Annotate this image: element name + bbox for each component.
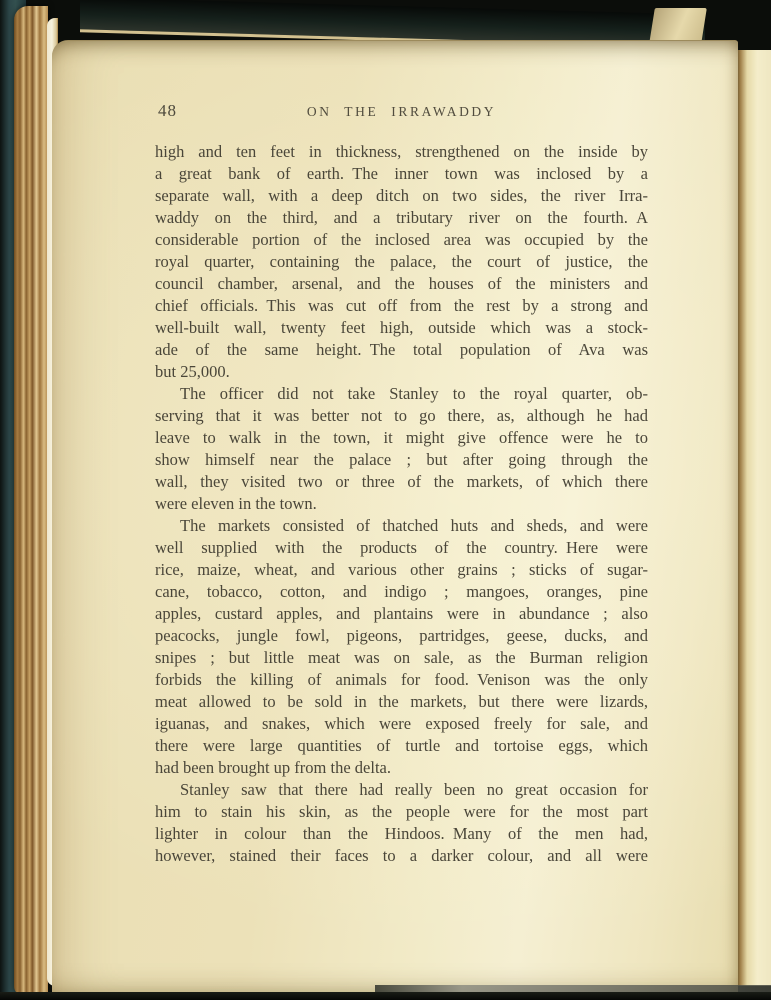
bottom-shadow-band bbox=[0, 992, 771, 1000]
text-line: forbids the killing of animals for food.… bbox=[155, 669, 648, 691]
text-line: show himself near the palace ; but after… bbox=[155, 449, 648, 471]
text-line: separate wall, with a deep ditch on two … bbox=[155, 185, 648, 207]
book-page: 48 ON THE IRRAWADDY high and ten feet in… bbox=[52, 40, 738, 994]
text-line: cane, tobacco, cotton, and indigo ; mang… bbox=[155, 581, 648, 603]
text-line: leave to walk in the town, it might give… bbox=[155, 427, 648, 449]
text-line: iguanas, and snakes, which were exposed … bbox=[155, 713, 648, 735]
text-line: meat allowed to be sold in the markets, … bbox=[155, 691, 648, 713]
text-line: considerable portion of the inclosed are… bbox=[155, 229, 648, 251]
page-edge-stack bbox=[14, 6, 48, 996]
text-line: had been brought up from the delta. bbox=[155, 757, 648, 779]
page-number: 48 bbox=[158, 101, 177, 121]
text-line: well supplied with the products of the c… bbox=[155, 537, 648, 559]
text-line: however, stained their faces to a darker… bbox=[155, 845, 648, 867]
text-line: lighter in colour than the Hindoos. Many… bbox=[155, 823, 648, 845]
text-line: well-built wall, twenty feet high, outsi… bbox=[155, 317, 648, 339]
text-line: a great bank of earth. The inner town wa… bbox=[155, 163, 648, 185]
text-line: peacocks, jungle fowl, pigeons, partridg… bbox=[155, 625, 648, 647]
text-line: but 25,000. bbox=[155, 361, 648, 383]
paragraph: high and ten feet in thickness, strength… bbox=[155, 141, 648, 383]
text-line: rice, maize, wheat, and various other gr… bbox=[155, 559, 648, 581]
text-line: him to stain his skin, as the people wer… bbox=[155, 801, 648, 823]
text-line: waddy on the third, and a tributary rive… bbox=[155, 207, 648, 229]
scanned-book-photo: 48 ON THE IRRAWADDY high and ten feet in… bbox=[0, 0, 771, 1000]
text-line: wall, they visited two or three of the m… bbox=[155, 471, 648, 493]
text-line: royal quarter, containing the palace, th… bbox=[155, 251, 648, 273]
paragraph: Stanley saw that there had really been n… bbox=[155, 779, 648, 867]
text-line: snipes ; but little meat was on sale, as… bbox=[155, 647, 648, 669]
text-line: The markets consisted of thatched huts a… bbox=[155, 515, 648, 537]
paragraph: The officer did not take Stanley to the … bbox=[155, 383, 648, 515]
running-head: 48 ON THE IRRAWADDY bbox=[155, 101, 648, 122]
page-corner-glint bbox=[649, 8, 707, 44]
text-line: there were large quantities of turtle an… bbox=[155, 735, 648, 757]
text-line: apples, custard apples, and plantains we… bbox=[155, 603, 648, 625]
text-line: The officer did not take Stanley to the … bbox=[155, 383, 648, 405]
facing-page-edge bbox=[737, 50, 771, 986]
text-line: serving that it was better not to go the… bbox=[155, 405, 648, 427]
text-line: ade of the same height. The total popula… bbox=[155, 339, 648, 361]
text-line: council chamber, arsenal, and the houses… bbox=[155, 273, 648, 295]
paragraph: The markets consisted of thatched huts a… bbox=[155, 515, 648, 779]
text-line: were eleven in the town. bbox=[155, 493, 648, 515]
text-line: high and ten feet in thickness, strength… bbox=[155, 141, 648, 163]
page-text-block: 48 ON THE IRRAWADDY high and ten feet in… bbox=[155, 101, 648, 867]
text-line: Stanley saw that there had really been n… bbox=[155, 779, 648, 801]
page-body: high and ten feet in thickness, strength… bbox=[155, 141, 648, 867]
text-line: chief officials. This was cut off from t… bbox=[155, 295, 648, 317]
running-title: ON THE IRRAWADDY bbox=[155, 101, 648, 120]
